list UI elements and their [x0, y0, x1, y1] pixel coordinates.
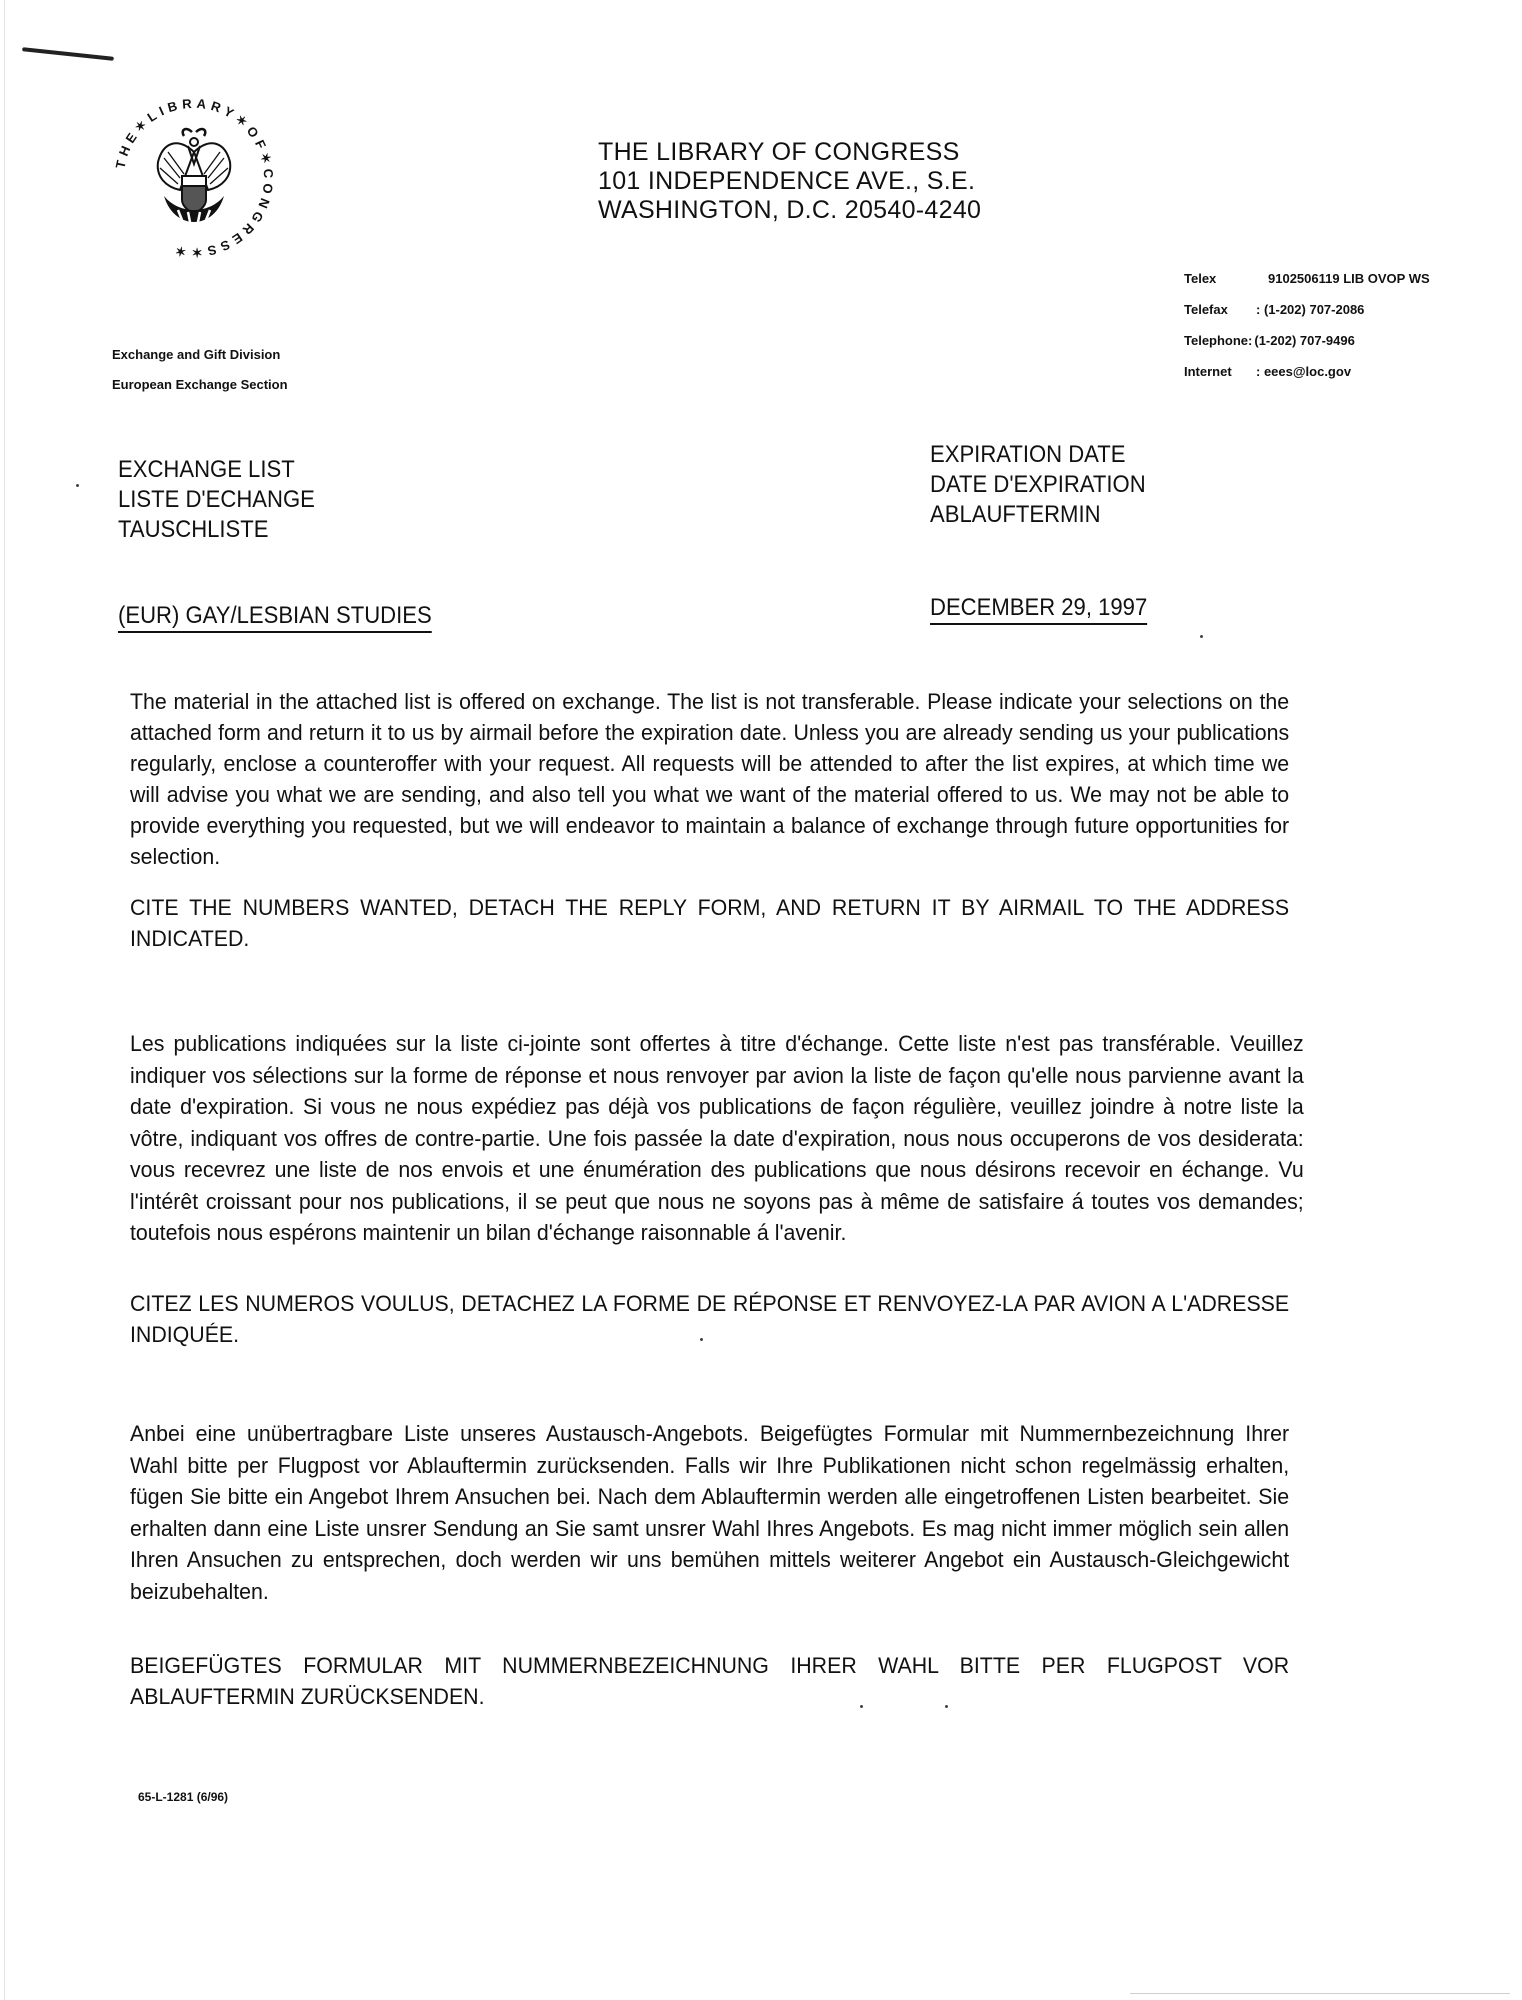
exchange-list-heading: EXCHANGE LIST LISTE D'ECHANGE TAUSCHLIST… — [118, 455, 315, 545]
contact-value: 9102506119 LIB OVOP WS — [1268, 263, 1430, 294]
contact-label: Telephone: — [1184, 325, 1252, 356]
address-line-3: WASHINGTON, D.C. 20540-4240 — [598, 196, 981, 225]
section-name: European Exchange Section — [112, 370, 288, 400]
contact-label: Internet — [1184, 356, 1256, 387]
address-line-2: 101 INDEPENDENCE AVE., S.E. — [598, 167, 981, 196]
address-line-1: THE LIBRARY OF CONGRESS — [598, 138, 981, 167]
division-block: Exchange and Gift Division European Exch… — [112, 340, 288, 400]
contact-value: : eees@loc.gov — [1256, 356, 1351, 387]
german-instructions: Anbei eine unübertragbare Liste unseres … — [130, 1418, 1289, 1607]
contact-internet: Internet : eees@loc.gov — [1184, 356, 1430, 387]
heading-de: ABLAUFTERMIN — [930, 500, 1146, 530]
english-directive: CITE THE NUMBERS WANTED, DETACH THE REPL… — [130, 892, 1289, 954]
heading-fr: DATE D'EXPIRATION — [930, 470, 1146, 500]
contact-telephone: Telephone: (1-202) 707-9496 — [1184, 325, 1430, 356]
french-instructions: Les publications indiquées sur la liste … — [130, 1028, 1304, 1249]
heading-en: EXCHANGE LIST — [118, 455, 315, 485]
list-subject: (EUR) GAY/LESBIAN STUDIES — [118, 602, 432, 633]
letterhead-address: THE LIBRARY OF CONGRESS 101 INDEPENDENCE… — [598, 138, 981, 225]
pen-mark — [22, 47, 114, 61]
contact-value: (1-202) 707-9496 — [1254, 325, 1354, 356]
heading-de: TAUSCHLISTE — [118, 515, 315, 545]
heading-fr: LISTE D'ECHANGE — [118, 485, 315, 515]
contact-block: Telex 9102506119 LIB OVOP WS Telefax : (… — [1184, 263, 1430, 387]
library-of-congress-seal-icon: THE✶LIBRARY✶OF✶CONGRESS✶✶ — [108, 92, 280, 264]
contact-label: Telex — [1184, 263, 1268, 294]
heading-en: EXPIRATION DATE — [930, 440, 1146, 470]
english-instructions: The material in the attached list is off… — [130, 686, 1289, 872]
scan-speck — [700, 1338, 703, 1341]
form-code: 65-L-1281 (6/96) — [138, 1790, 228, 1804]
division-name: Exchange and Gift Division — [112, 340, 288, 370]
contact-label: Telefax — [1184, 294, 1256, 325]
contact-value: : (1-202) 707-2086 — [1256, 294, 1364, 325]
expiration-date: DECEMBER 29, 1997 — [930, 594, 1147, 625]
german-directive: BEIGEFÜGTES FORMULAR MIT NUMMERNBEZEICHN… — [130, 1650, 1289, 1712]
scan-speck — [1200, 635, 1203, 638]
scan-speck — [76, 484, 79, 487]
scan-edge-shadow — [4, 0, 5, 2000]
contact-telex: Telex 9102506119 LIB OVOP WS — [1184, 263, 1430, 294]
contact-telefax: Telefax : (1-202) 707-2086 — [1184, 294, 1430, 325]
scan-speck — [860, 1705, 863, 1708]
scan-edge-line — [1130, 1993, 1510, 1994]
expiration-heading: EXPIRATION DATE DATE D'EXPIRATION ABLAUF… — [930, 440, 1146, 530]
french-directive: CITEZ LES NUMEROS VOULUS, DETACHEZ LA FO… — [130, 1288, 1289, 1350]
scan-speck — [945, 1705, 948, 1708]
